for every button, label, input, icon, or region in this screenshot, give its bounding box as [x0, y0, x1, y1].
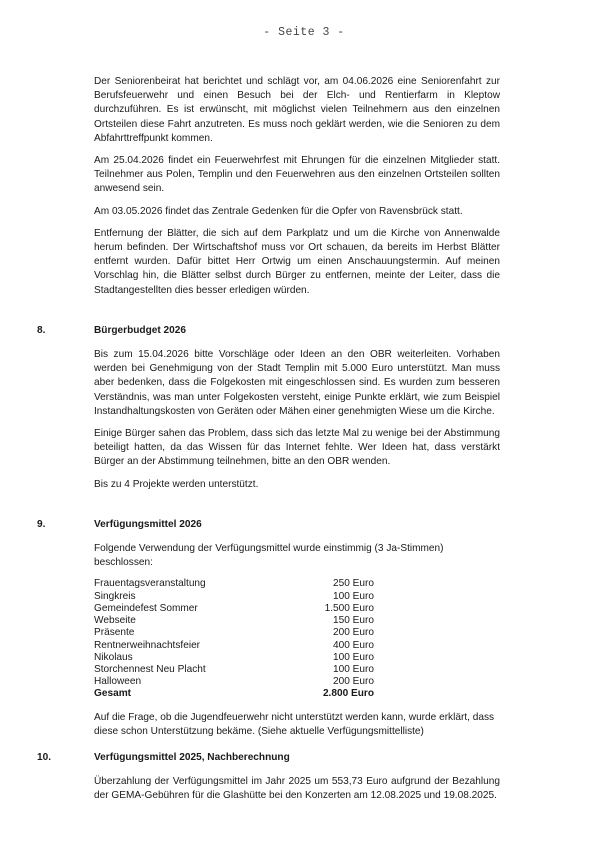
- paragraph-leaf-removal: Entfernung der Blätter, die sich auf dem…: [94, 227, 500, 298]
- budget-amount: 250 Euro: [286, 578, 374, 590]
- paragraph-memorial: Am 03.05.2026 findet das Zentrale Gedenk…: [94, 205, 500, 219]
- budget-row: Storchennest Neu Placht100 Euro: [94, 664, 374, 676]
- paragraph-fire-festival: Am 25.04.2026 findet ein Feuerwehrfest m…: [94, 154, 500, 197]
- section-number: 8.: [37, 324, 45, 338]
- budget-row: Präsente200 Euro: [94, 627, 374, 639]
- budget-amount: 200 Euro: [286, 627, 374, 639]
- budget-row: Halloween200 Euro: [94, 676, 374, 688]
- document-body: Der Seniorenbeirat hat berichtet und sch…: [94, 75, 500, 812]
- budget-row: Singkreis100 Euro: [94, 591, 374, 603]
- budget-amount: 400 Euro: [286, 640, 374, 652]
- section-title: Verfügungsmittel 2026: [94, 518, 500, 532]
- budget-amount: 100 Euro: [286, 664, 374, 676]
- budget-amount: 150 Euro: [286, 615, 374, 627]
- budget-label: Nikolaus: [94, 652, 286, 664]
- section-number: 9.: [37, 518, 45, 532]
- budget-total-row: Gesamt2.800 Euro: [94, 688, 374, 700]
- section-title: Bürgerbudget 2026: [94, 324, 500, 338]
- budget-row: Rentnerweihnachtsfeier400 Euro: [94, 640, 374, 652]
- paragraph: Einige Bürger sahen das Problem, dass si…: [94, 427, 500, 470]
- budget-table: Frauentagsveranstaltung250 EuroSingkreis…: [94, 578, 374, 700]
- budget-label: Webseite: [94, 615, 286, 627]
- section-number: 10.: [37, 751, 51, 765]
- budget-amount: 2.800 Euro: [286, 688, 374, 700]
- section-title: Verfügungsmittel 2025, Nachberechnung: [94, 751, 500, 765]
- budget-label: Storchennest Neu Placht: [94, 664, 286, 676]
- budget-row: Webseite150 Euro: [94, 615, 374, 627]
- budget-row: Frauentagsveranstaltung250 Euro: [94, 578, 374, 590]
- paragraph: Bis zum 15.04.2026 bitte Vorschläge oder…: [94, 348, 500, 419]
- paragraph-senior-trip: Der Seniorenbeirat hat berichtet und sch…: [94, 75, 500, 146]
- budget-label: Singkreis: [94, 591, 286, 603]
- section-10: 10. Verfügungsmittel 2025, Nachberechnun…: [94, 751, 500, 804]
- paragraph: Auf die Frage, ob die Jugendfeuerwehr ni…: [94, 711, 500, 739]
- page-number-header: - Seite 3 -: [0, 26, 608, 39]
- paragraph: Überzahlung der Verfügungsmittel im Jahr…: [94, 775, 500, 803]
- budget-label: Präsente: [94, 627, 286, 639]
- budget-row: Nikolaus100 Euro: [94, 652, 374, 664]
- budget-label: Frauentagsveranstaltung: [94, 578, 286, 590]
- paragraph: Folgende Verwendung der Verfügungsmittel…: [94, 542, 500, 570]
- section-8: 8. Bürgerbudget 2026 Bis zum 15.04.2026 …: [94, 324, 500, 492]
- paragraph: Bis zu 4 Projekte werden unterstützt.: [94, 478, 500, 492]
- budget-label: Halloween: [94, 676, 286, 688]
- budget-amount: 1.500 Euro: [286, 603, 374, 615]
- budget-amount: 100 Euro: [286, 591, 374, 603]
- budget-label: Gemeindefest Sommer: [94, 603, 286, 615]
- budget-amount: 200 Euro: [286, 676, 374, 688]
- budget-row: Gemeindefest Sommer1.500 Euro: [94, 603, 374, 615]
- budget-label: Rentnerweihnachtsfeier: [94, 640, 286, 652]
- budget-label: Gesamt: [94, 688, 286, 700]
- budget-amount: 100 Euro: [286, 652, 374, 664]
- section-9: 9. Verfügungsmittel 2026 Folgende Verwen…: [94, 518, 500, 739]
